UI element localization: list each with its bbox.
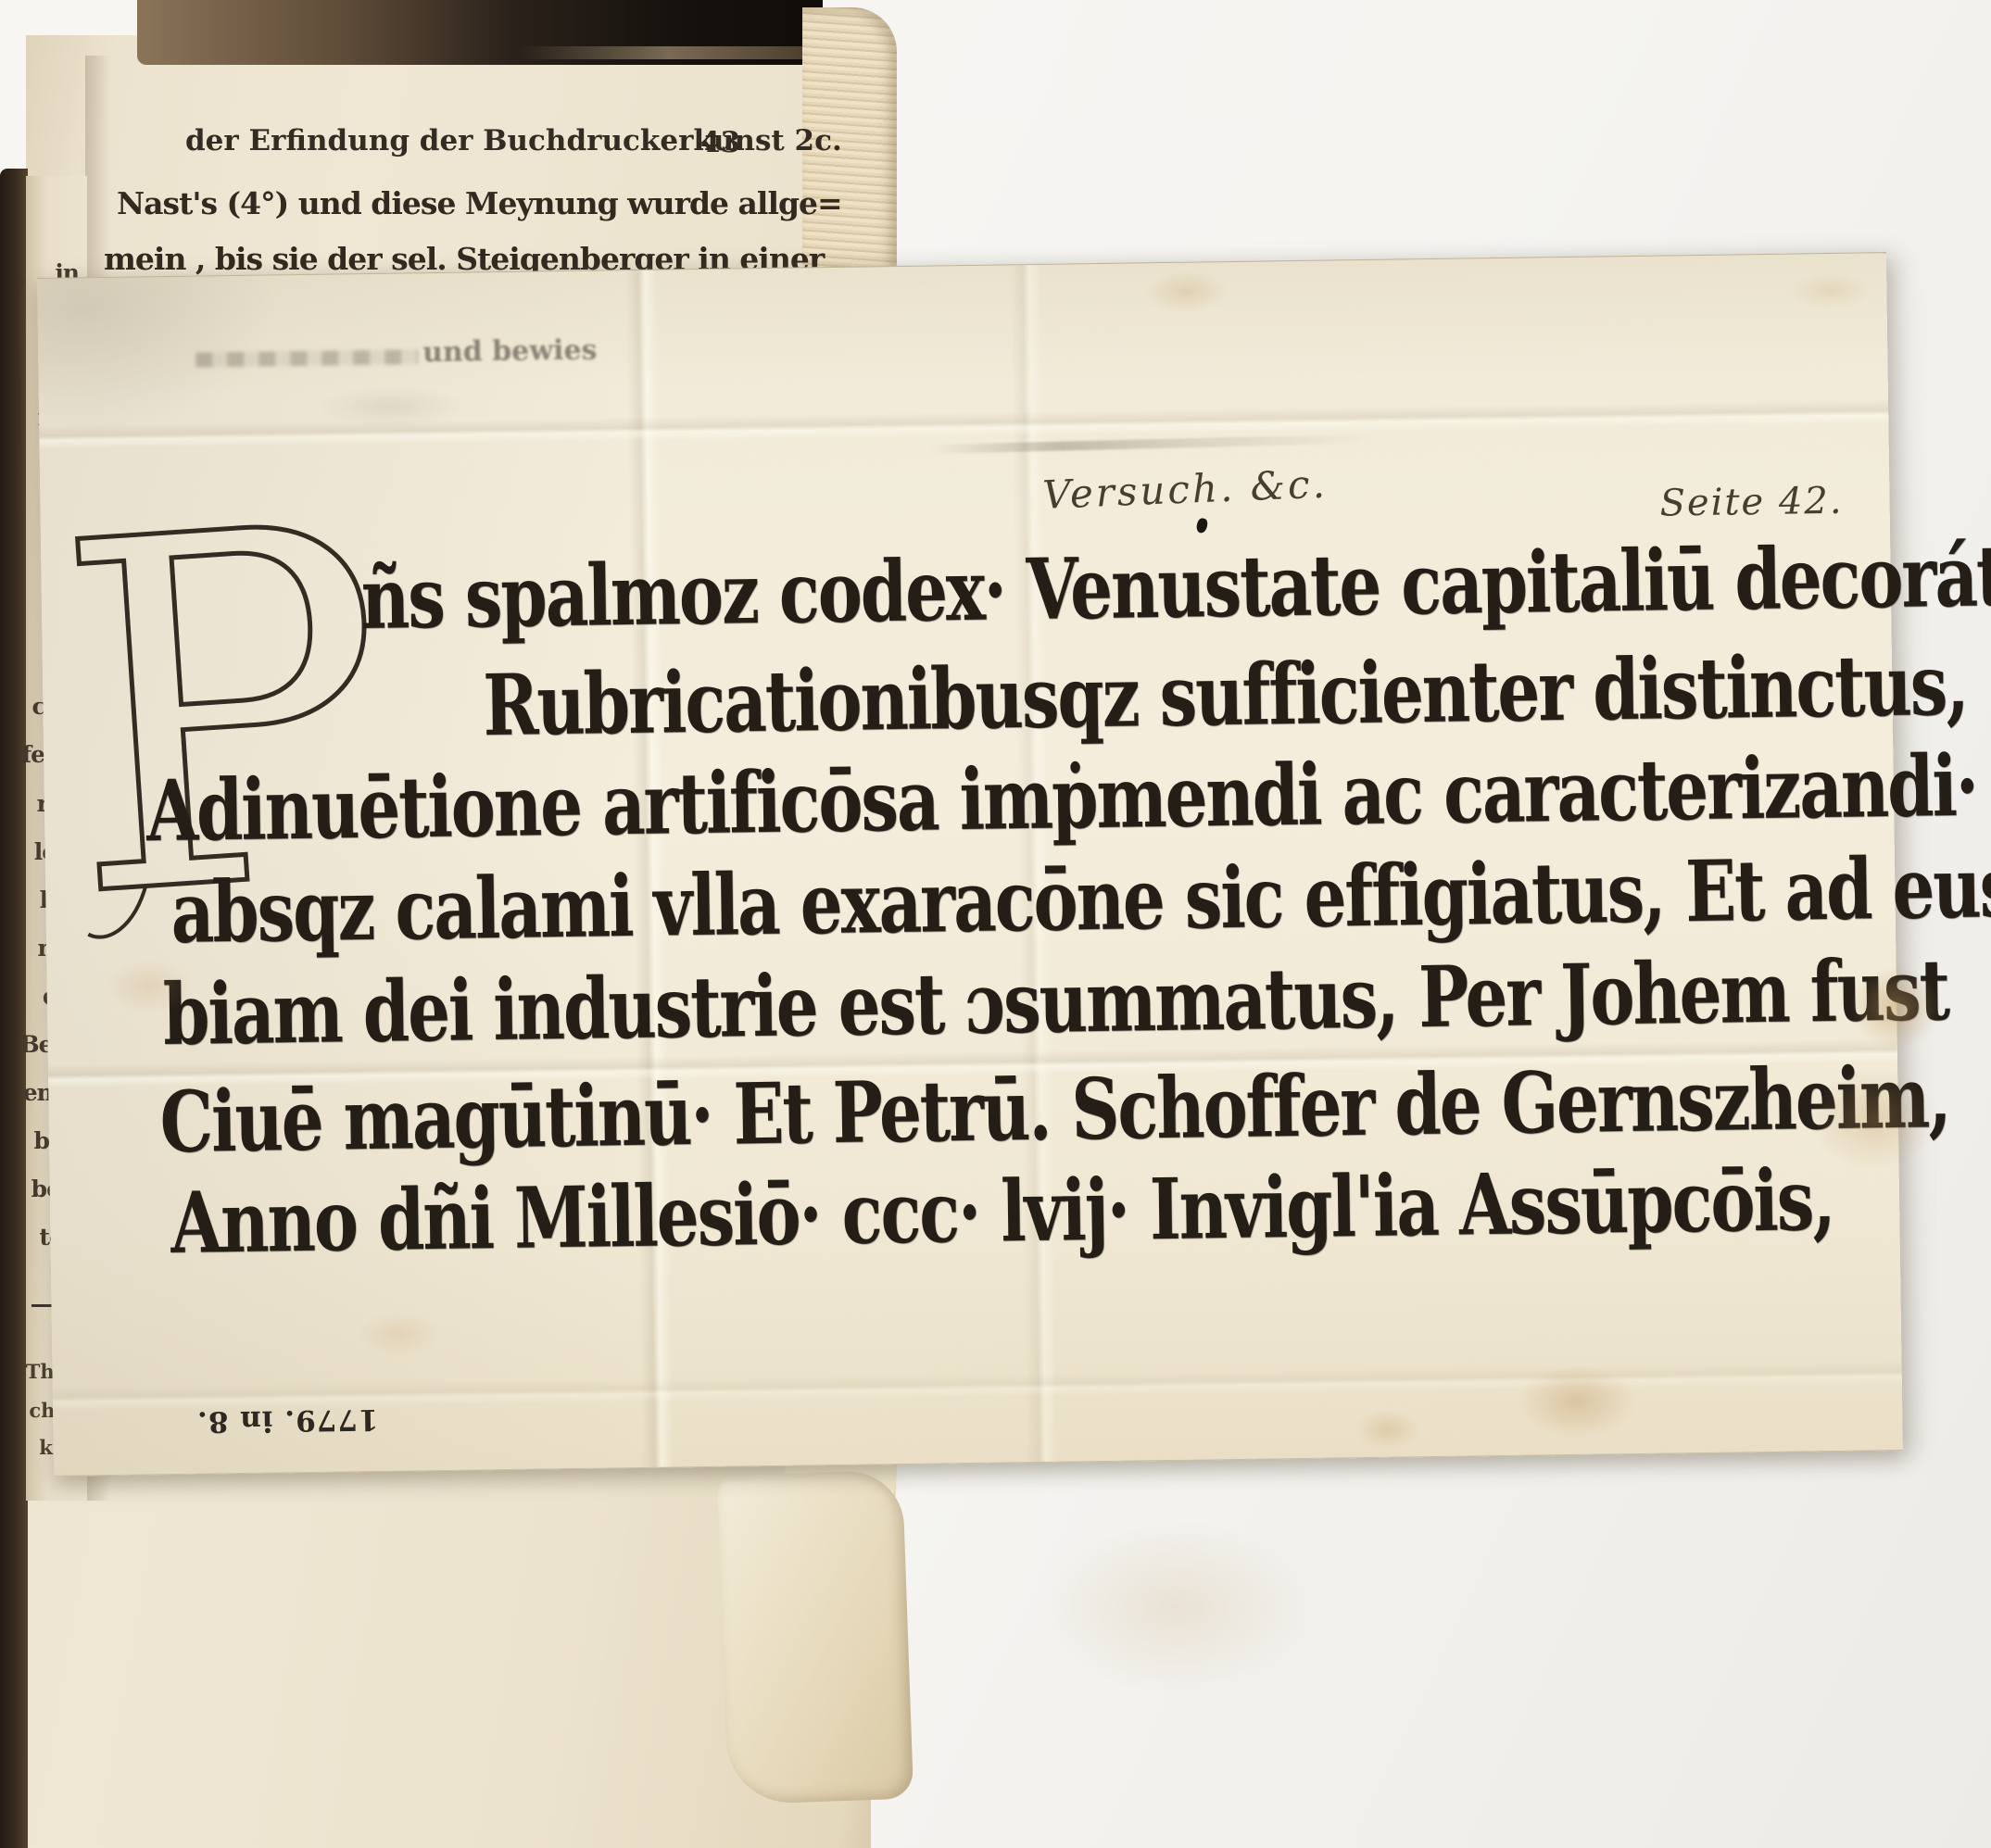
book-photograph: in en us, ren fts en ch on in ck= fell= … <box>0 0 1991 1848</box>
page-number: 43 <box>700 126 740 159</box>
colophon-line: absqz calami vlla exaracōne sic effigiat… <box>170 844 1991 955</box>
background-stain <box>1038 1519 1316 1695</box>
running-header: der Erfindung der Buchdruckerkunst 2c. <box>185 124 842 157</box>
upside-down-imprint-date: 1779. in 8. <box>162 1402 412 1439</box>
headband <box>519 46 819 59</box>
colophon-line: Adinuētione artificōsa imṗmendi ac carac… <box>145 744 1977 853</box>
foxing-spot <box>102 958 195 1014</box>
plate-caption: Versuch. &c. <box>1041 461 1328 518</box>
page-corner-curled <box>717 1470 914 1805</box>
foxing-spot <box>1517 1364 1638 1439</box>
foxing-spot <box>1355 1408 1420 1451</box>
ink-dot <box>1195 517 1208 534</box>
foldout-plate: Versuch. &c. Seite 42. und bewies P ñs s… <box>37 252 1903 1477</box>
foxing-spot <box>358 1311 442 1358</box>
foxing-spot <box>1144 270 1229 313</box>
book-spine-edge <box>0 169 28 1848</box>
colophon-line: Rubricationibusqz sufficienter distinctu… <box>483 643 1968 748</box>
show-through-text: und bewies <box>422 334 598 370</box>
colophon-line: Anno dñi Millesiō· ccc· lvij· Invigl'ia … <box>170 1158 1834 1265</box>
foxing-spot <box>1849 965 1943 1050</box>
body-line: Nast's (4°) und diese Meynung wurde allg… <box>117 185 842 221</box>
show-through-smear <box>195 349 418 367</box>
colophon-line: ñs spalmoz codex· Venustate capitaliū de… <box>360 534 1991 641</box>
plate-page-reference: Seite 42. <box>1659 480 1844 525</box>
colophon-line: Ciuē magūtinū· Et Petrū. Schoffer de Ger… <box>159 1055 1950 1164</box>
foxing-spot <box>317 384 466 429</box>
foxing-spot <box>1788 271 1872 309</box>
ink-scratch <box>929 434 1374 454</box>
colophon-line: biam dei industrie est ɔsummatus, Per Jo… <box>162 948 1948 1057</box>
foxing-spot <box>1808 1067 1940 1171</box>
